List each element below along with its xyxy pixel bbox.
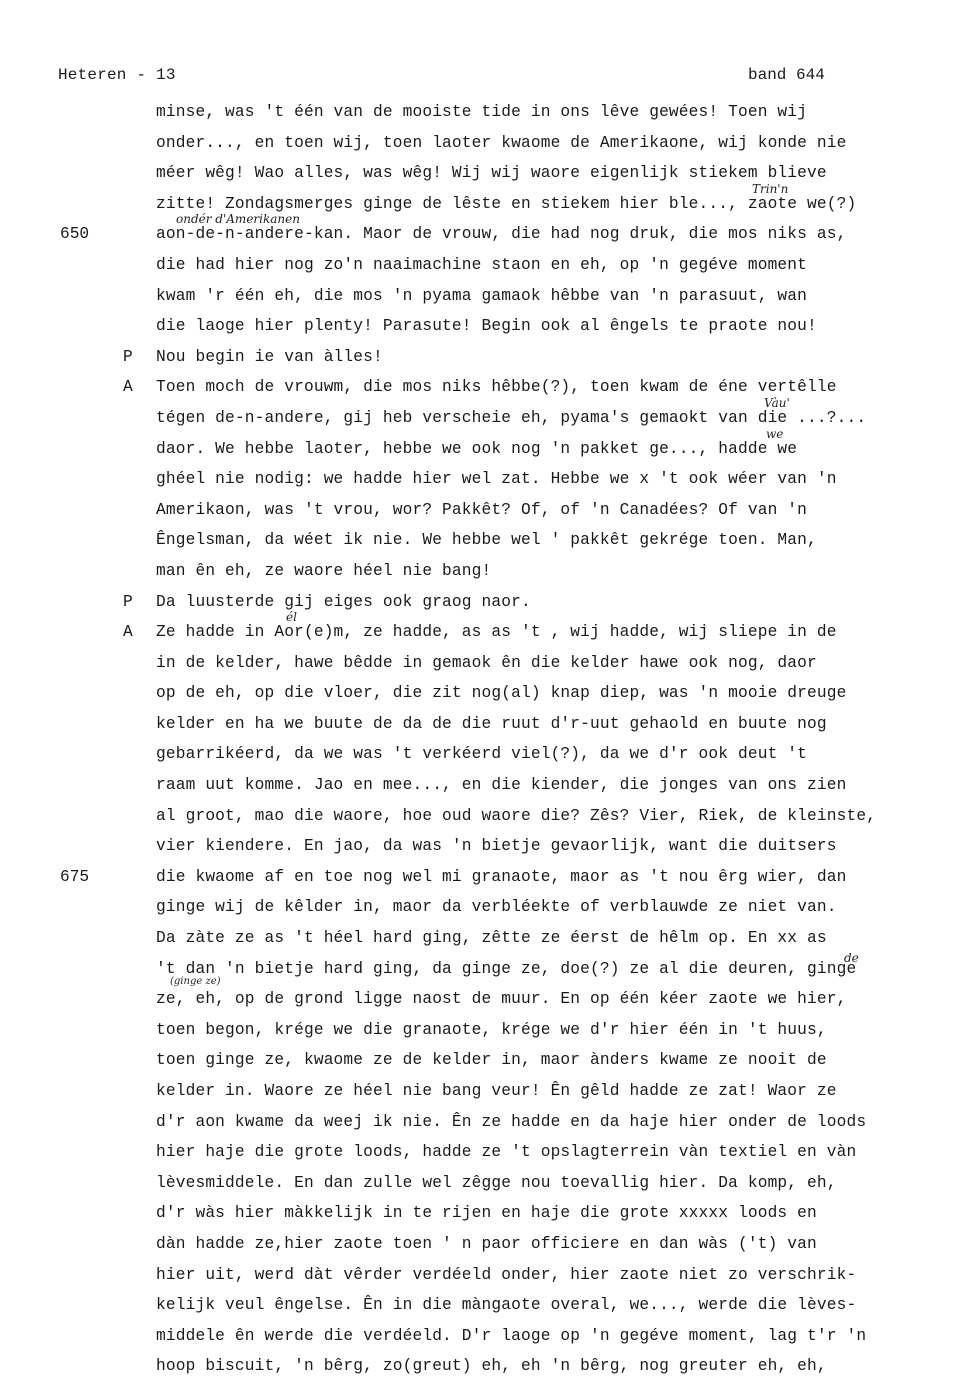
transcript-line: die had hier nog zo'n naaimachine staon …	[0, 250, 966, 281]
transcript-line: zitte! Zondagsmerges ginge de lêste en s…	[0, 189, 966, 220]
transcript-line: tégen de-n-andere, gij heb verscheie eh,…	[0, 403, 966, 434]
line-text: kelder en ha we buute de da de die ruut …	[156, 709, 827, 740]
line-text: hier haje die grote loods, hadde ze 't o…	[156, 1137, 856, 1168]
line-text: al groot, mao die waore, hoe oud waore d…	[156, 801, 876, 832]
line-text: middele ên werde die verdéeld. D'r laoge…	[156, 1321, 866, 1352]
speaker-label: P	[123, 342, 143, 373]
transcript-line: ginge wij de kêlder in, maor da verbléek…	[0, 892, 966, 923]
transcript-line: 675die kwaome af en toe nog wel mi grana…	[0, 862, 966, 893]
line-text: dàn hadde ze,hier zaote toen ' n paor of…	[156, 1229, 817, 1260]
line-text: d'r wàs hier màkkelijk in te rijen en ha…	[156, 1198, 817, 1229]
transcript-line: 650aon-de-n-andere-kan. Maor de vrouw, d…	[0, 219, 966, 250]
transcript-line: Amerikaon, was 't vrou, wor? Pakkêt? Of,…	[0, 495, 966, 526]
transcript-line: PNou begin ie van àlles!	[0, 342, 966, 373]
transcript-line: op de eh, op die vloer, die zit nog(al) …	[0, 678, 966, 709]
line-text: lèvesmiddele. En dan zulle wel zêgge nou…	[156, 1168, 837, 1199]
transcript-line: toen ginge ze, kwaome ze de kelder in, m…	[0, 1045, 966, 1076]
transcript-line: gebarrikéerd, da we was 't verkéerd viel…	[0, 739, 966, 770]
line-text: hoop biscuit, 'n bêrg, zo(greut) eh, eh …	[156, 1351, 827, 1382]
handwritten-annotation: (ginge ze)	[170, 976, 221, 987]
line-text: daor. We hebbe laoter, hebbe we ook nog …	[156, 434, 797, 465]
handwritten-annotation: we	[766, 427, 783, 441]
transcript-line: hier uit, werd dàt vêrder verdéeld onder…	[0, 1260, 966, 1291]
transcript-line: man ên eh, ze waore héel nie bang!	[0, 556, 966, 587]
transcript-body: minse, was 't één van de mooiste tide in…	[0, 97, 966, 1382]
handwritten-annotation: Trin'n	[752, 182, 788, 196]
transcript-line: onder..., en toen wij, toen laoter kwaom…	[0, 128, 966, 159]
transcript-line: kwam 'r één eh, die mos 'n pyama gamaok …	[0, 281, 966, 312]
line-text: d'r aon kwame da weej ik nie. Ên ze hadd…	[156, 1107, 866, 1138]
line-text: minse, was 't één van de mooiste tide in…	[156, 97, 807, 128]
transcript-line: al groot, mao die waore, hoe oud waore d…	[0, 801, 966, 832]
transcript-line: lèvesmiddele. En dan zulle wel zêgge nou…	[0, 1168, 966, 1199]
line-text: die kwaome af en toe nog wel mi granaote…	[156, 862, 847, 893]
transcript-line: kelder in. Waore ze héel nie bang veur! …	[0, 1076, 966, 1107]
line-text: in de kelder, hawe bêdde in gemaok ên di…	[156, 648, 817, 679]
line-number: 675	[60, 862, 110, 893]
line-text: Amerikaon, was 't vrou, wor? Pakkêt? Of,…	[156, 495, 807, 526]
line-text: die had hier nog zo'n naaimachine staon …	[156, 250, 807, 281]
transcript-line: middele ên werde die verdéeld. D'r laoge…	[0, 1321, 966, 1352]
transcript-line: daor. We hebbe laoter, hebbe we ook nog …	[0, 434, 966, 465]
line-text: tégen de-n-andere, gij heb verscheie eh,…	[156, 403, 866, 434]
transcript-line: AZe hadde in Aor(e)m, ze hadde, as as 't…	[0, 617, 966, 648]
line-text: die laoge hier plenty! Parasute! Begin o…	[156, 311, 817, 342]
speaker-label: A	[123, 372, 143, 403]
transcript-line: d'r aon kwame da weej ik nie. Ên ze hadd…	[0, 1107, 966, 1138]
transcript-line: kelder en ha we buute de da de die ruut …	[0, 709, 966, 740]
transcript-line: dàn hadde ze,hier zaote toen ' n paor of…	[0, 1229, 966, 1260]
transcript-line: toen begon, krége we die granaote, krége…	[0, 1015, 966, 1046]
speaker-label: P	[123, 587, 143, 618]
handwritten-annotation: Vàu'	[764, 396, 790, 410]
document-header-title: Heteren - 13	[58, 66, 176, 84]
handwritten-annotation: de	[844, 951, 859, 965]
line-text: Êngelsman, da wéet ik nie. We hebbe wel …	[156, 525, 817, 556]
transcript-line: in de kelder, hawe bêdde in gemaok ên di…	[0, 648, 966, 679]
line-text: hier uit, werd dàt vêrder verdéeld onder…	[156, 1260, 856, 1291]
line-text: Da zàte ze as 't héel hard ging, zêtte z…	[156, 923, 827, 954]
transcript-line: minse, was 't één van de mooiste tide in…	[0, 97, 966, 128]
transcript-line: d'r wàs hier màkkelijk in te rijen en ha…	[0, 1198, 966, 1229]
handwritten-annotation: él	[286, 610, 297, 624]
line-text: Nou begin ie van àlles!	[156, 342, 383, 373]
speaker-label: A	[123, 617, 143, 648]
line-text: kelijk veul êngelse. Ên in die màngaote …	[156, 1290, 856, 1321]
handwritten-annotation: ondér d'Amerikanen	[176, 212, 300, 226]
line-text: vier kiendere. En jao, da was 'n bietje …	[156, 831, 837, 862]
line-text: onder..., en toen wij, toen laoter kwaom…	[156, 128, 847, 159]
line-text: gebarrikéerd, da we was 't verkéerd viel…	[156, 739, 807, 770]
transcript-line: vier kiendere. En jao, da was 'n bietje …	[0, 831, 966, 862]
line-text: ze, eh, op de grond ligge naost de muur.…	[156, 984, 847, 1015]
line-text: ghéel nie nodig: we hadde hier wel zat. …	[156, 464, 837, 495]
line-text: toen begon, krége we die granaote, krége…	[156, 1015, 827, 1046]
transcript-line: kelijk veul êngelse. Ên in die màngaote …	[0, 1290, 966, 1321]
transcript-line: hier haje die grote loods, hadde ze 't o…	[0, 1137, 966, 1168]
line-text: ginge wij de kêlder in, maor da verbléek…	[156, 892, 837, 923]
transcript-line: Da zàte ze as 't héel hard ging, zêtte z…	[0, 923, 966, 954]
line-text: kwam 'r één eh, die mos 'n pyama gamaok …	[156, 281, 807, 312]
transcript-line: raam uut komme. Jao en mee..., en die ki…	[0, 770, 966, 801]
line-text: Toen moch de vrouwm, die mos niks hêbbe(…	[156, 372, 837, 403]
line-text: raam uut komme. Jao en mee..., en die ki…	[156, 770, 847, 801]
line-text: Da luusterde gij eiges ook graog naor.	[156, 587, 531, 618]
transcript-line: ghéel nie nodig: we hadde hier wel zat. …	[0, 464, 966, 495]
transcript-line: AToen moch de vrouwm, die mos niks hêbbe…	[0, 372, 966, 403]
line-text: kelder in. Waore ze héel nie bang veur! …	[156, 1076, 837, 1107]
line-text: Ze hadde in Aor(e)m, ze hadde, as as 't …	[156, 617, 837, 648]
transcript-line: PDa luusterde gij eiges ook graog naor.	[0, 587, 966, 618]
transcript-line: ze, eh, op de grond ligge naost de muur.…	[0, 984, 966, 1015]
line-text: op de eh, op die vloer, die zit nog(al) …	[156, 678, 847, 709]
transcript-line: méer wêg! Wao alles, was wêg! Wij wij wa…	[0, 158, 966, 189]
transcript-line: die laoge hier plenty! Parasute! Begin o…	[0, 311, 966, 342]
document-page: Heteren - 13 band 644 minse, was 't één …	[0, 0, 966, 1394]
line-text: 't dan 'n bietje hard ging, da ginge ze,…	[156, 954, 856, 985]
transcript-line: hoop biscuit, 'n bêrg, zo(greut) eh, eh …	[0, 1351, 966, 1382]
line-text: toen ginge ze, kwaome ze de kelder in, m…	[156, 1045, 827, 1076]
line-text: méer wêg! Wao alles, was wêg! Wij wij wa…	[156, 158, 827, 189]
tape-number: band 644	[748, 66, 825, 84]
transcript-line: 't dan 'n bietje hard ging, da ginge ze,…	[0, 954, 966, 985]
line-number: 650	[60, 219, 110, 250]
transcript-line: Êngelsman, da wéet ik nie. We hebbe wel …	[0, 525, 966, 556]
line-text: man ên eh, ze waore héel nie bang!	[156, 556, 491, 587]
